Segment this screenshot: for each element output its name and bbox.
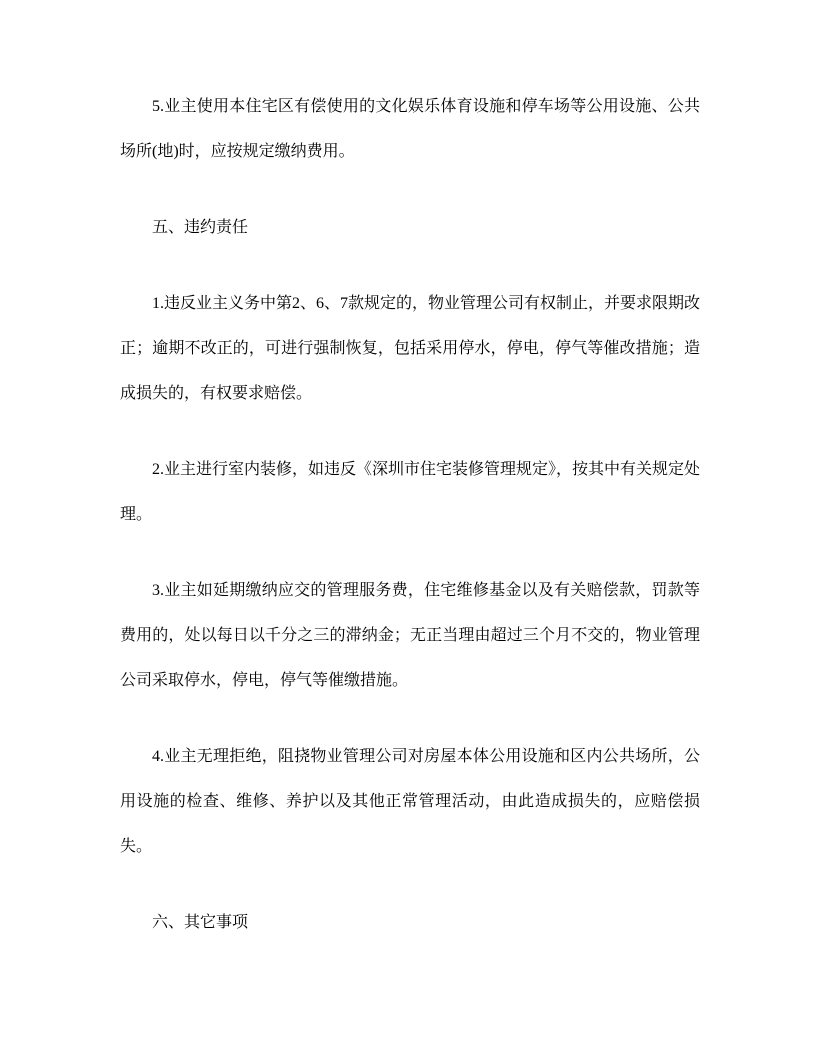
paragraph-breach-item-3: 3.业主如延期缴纳应交的管理服务费，住宅维修基金以及有关赔偿款，罚款等费用的，处… (120, 568, 700, 703)
section-heading-breach-liability: 五、违约责任 (120, 205, 700, 250)
paragraph-owner-fees: 5.业主使用本住宅区有偿使用的文化娱乐体育设施和停车场等公用设施、公共场所(地)… (120, 84, 700, 174)
paragraph-breach-item-4: 4.业主无理拒绝，阻挠物业管理公司对房屋本体公用设施和区内公共场所，公用设施的检… (120, 734, 700, 869)
section-heading-other-matters: 六、其它事项 (120, 900, 700, 945)
document-page: 5.业主使用本住宅区有偿使用的文化娱乐体育设施和停车场等公用设施、公共场所(地)… (0, 0, 816, 1056)
paragraph-breach-item-1: 1.违反业主义务中第2、6、7款规定的，物业管理公司有权制止，并要求限期改正；逾… (120, 281, 700, 416)
paragraph-breach-item-2: 2.业主进行室内装修，如违反《深圳市住宅装修管理规定》，按其中有关规定处理。 (120, 447, 700, 537)
